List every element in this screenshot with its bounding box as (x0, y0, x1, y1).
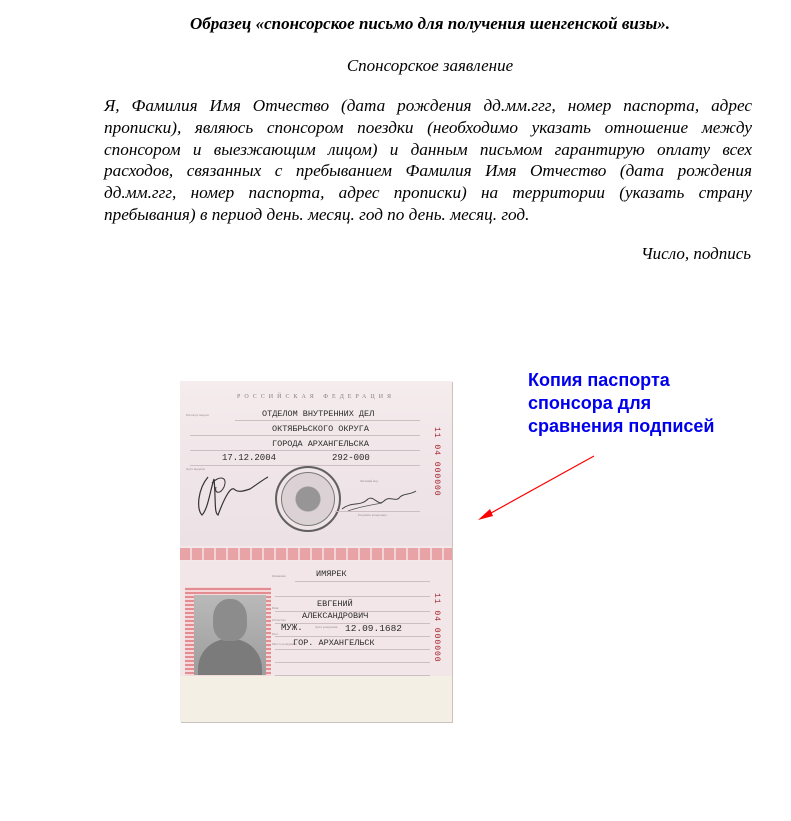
given-name: ЕВГЕНИЙ (317, 599, 353, 609)
series-number-bottom: 11 04 000000 (432, 593, 441, 663)
official-signature-icon (194, 469, 274, 521)
issue-date: 17.12.2004 (222, 453, 276, 463)
photo-head (213, 599, 247, 641)
signature-line: Число, подпись (641, 244, 751, 264)
passport-rule (275, 596, 430, 597)
birth-date-label: Дата рождения (315, 625, 337, 629)
surname-label: Фамилия (272, 574, 286, 578)
passport-rule (190, 450, 420, 451)
passport-rule (190, 435, 420, 436)
birth-date: 12.09.1682 (345, 623, 402, 634)
issued-by-line-2: ОКТЯБРЬСКОГО ОКРУГА (272, 424, 369, 434)
surname: ИМЯРЕК (316, 569, 347, 579)
issued-by-line-3: ГОРОДА АРХАНГЕЛЬСКА (272, 439, 369, 449)
photo-body (198, 639, 262, 675)
issued-by-label: Паспорт выдан (186, 413, 209, 417)
official-stamp-icon (275, 466, 341, 532)
document-body: Я, Фамилия Имя Отчество (дата рождения д… (104, 95, 752, 226)
passport-rule (275, 662, 430, 663)
pointer-arrow-icon (470, 440, 610, 530)
passport-rule (235, 420, 420, 421)
passport-country: РОССИЙСКАЯ ФЕДЕРАЦИЯ (180, 394, 452, 400)
holder-photo (194, 595, 266, 675)
passport-binding-strip (180, 548, 452, 560)
sex: МУЖ. (281, 623, 303, 633)
issued-by-line-1: ОТДЕЛОМ ВНУТРЕННИХ ДЕЛ (262, 409, 374, 419)
series-number-top: 11 04 000000 (432, 427, 441, 497)
passport-copy-image: РОССИЙСКАЯ ФЕДЕРАЦИЯ Паспорт выдан ОТДЕЛ… (180, 381, 452, 722)
passport-rule (335, 511, 420, 512)
document-subtitle: Спонсорское заявление (100, 56, 760, 76)
patronymic-label: Отчество (272, 618, 286, 622)
department-code: 292-000 (332, 453, 370, 463)
annotation-line-1: Копия паспорта (528, 369, 715, 392)
annotation-line-3: сравнения подписей (528, 415, 715, 438)
patronymic: АЛЕКСАНДРОВИЧ (302, 611, 368, 621)
passport-annotation: Копия паспорта спонсора для сравнения по… (528, 369, 715, 438)
passport-rule (275, 636, 430, 637)
passport-personal-page: Фамилия ИМЯРЕК Имя ЕВГЕНИЙ АЛЕКСАНДРОВИЧ… (180, 561, 452, 676)
birth-place: ГОР. АРХАНГЕЛЬСК (293, 638, 375, 648)
name-label: Имя (272, 606, 278, 610)
passport-rule (295, 581, 430, 582)
passport-blank-margin (180, 676, 452, 722)
document-title: Образец «спонсорское письмо для получени… (100, 14, 760, 34)
personal-code-label: Личный код (360, 479, 378, 483)
passport-rule (275, 649, 430, 650)
signature-label: Подпись владельца (358, 513, 387, 517)
annotation-line-2: спонсора для (528, 392, 715, 415)
